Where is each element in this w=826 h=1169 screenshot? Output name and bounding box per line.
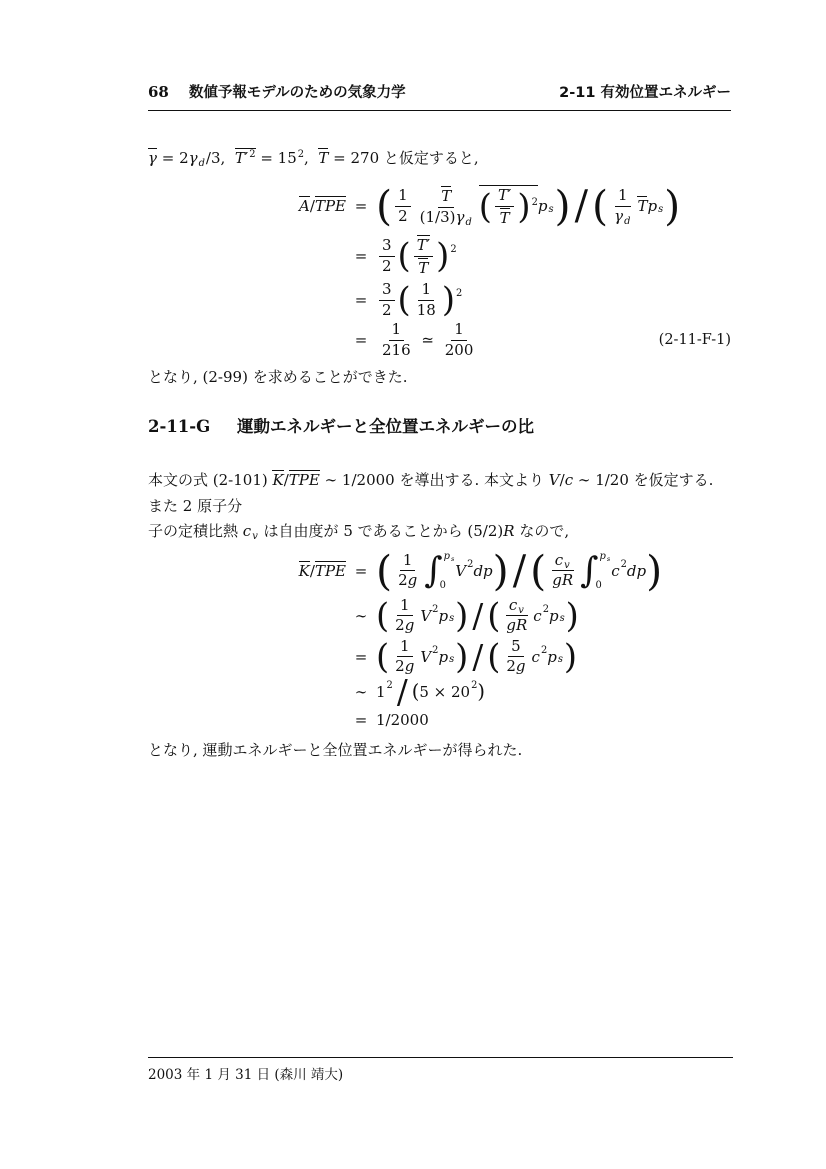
math-token: gR [549,571,576,589]
math-token: T′T [411,235,436,277]
math-token: T [417,236,427,254]
math-token: 2 [467,559,473,570]
math-token: 3 [382,236,392,254]
math-token: s [548,204,553,215]
math-token: TPE [315,196,346,215]
math-token: = 15 [256,149,297,167]
equation-rhs: (12gV2ps)/(cvgRc2ps) [376,597,579,635]
math-token: s [449,613,454,624]
page-footer: 2003 年 1 月 31 日 (森川 靖大) [148,1057,733,1084]
math-token: T′2 [235,148,256,167]
math-token: /3, [206,149,235,167]
math-token: v [252,531,258,542]
math-token: ps [444,551,456,562]
math-token: T(1/3)γd [417,186,476,226]
math-token: 子の定積比熱 [148,522,243,540]
math-token: T [318,149,328,167]
math-token: c [509,596,517,614]
math-token: cvgR∫ps0c2dp [546,551,646,591]
math-token: 1 [395,187,411,206]
equation-row: ∼ (12gV2ps)/(cvgRc2ps) [148,595,731,637]
math-token: 2 [398,571,408,589]
math-token: = 270 と仮定すると, [328,149,478,167]
math-token: (cvgR∫ps0c2dp) [530,551,662,591]
equation-rhs: (12T(1/3)γd(T′T)2ps)/(1γdTps) [376,185,680,227]
book-title: 数値予報モデルのための気象力学 [189,85,406,102]
math-token: 1γd [611,187,634,225]
math-token: cvgR [503,597,530,635]
assumption-line: γ = 2γd/3, T′2 = 152, T = 270 と仮定すると, [148,147,731,172]
math-token: 2 [379,301,395,319]
relation-symbol: = [346,197,376,215]
math-token: T′ [417,235,430,254]
math-token: 2 [541,645,547,656]
math-token: K [272,471,283,489]
math-token: v [564,560,570,571]
math-token: s [607,555,610,563]
math-token: K [299,561,310,580]
equation-rhs: (12g∫ps0V2dp)/(cvgR∫ps0c2dp) [376,551,662,591]
equation-row: = 32(T′T)2 [148,234,731,278]
math-token: p [547,648,557,666]
relation-symbol: = [346,648,376,666]
math-token: (T′T)2 [479,185,538,227]
result-sentence-1: となり, (2-99) を求めることができた. [148,366,731,388]
math-token: 1 [418,281,434,300]
math-token: 12g [395,552,420,590]
math-token: 2 [532,197,538,208]
page-number: 68 [148,84,169,101]
math-token: c [533,607,541,625]
math-token: p [438,607,448,625]
math-token: gR [503,616,530,634]
math-token: v [564,560,570,571]
math-token: R [503,522,514,540]
math-token: ps0 [597,551,609,591]
math-token: s [449,654,454,665]
math-token: s [607,555,610,563]
math-token: 2 [621,559,627,570]
math-token: 2 [450,244,456,255]
math-token: ′ [508,186,511,204]
equation-number: (2-11-F-1) [659,332,731,348]
math-token: dp [627,562,646,580]
math-token: 12g [392,597,417,635]
math-token: p [647,197,657,215]
document-page: 68 数値予報モデルのための気象力学 2-11 有効位置エネルギー γ = 2γ… [0,0,826,1169]
math-token: d [465,217,471,228]
math-token: 2 [382,301,392,319]
math-token: c [532,648,540,666]
math-token: p [444,551,450,562]
math-token: g [405,616,415,634]
math-token: (12g∫ps0V2dp) [376,551,509,591]
math-token: (T′T) [398,235,450,277]
math-token: T [441,186,451,205]
math-token: 2 [387,680,393,691]
equation-block-a-tpe: A/TPE = (12T(1/3)γd(T′T)2ps)/(1γdTps) = … [148,178,731,358]
math-token: d [199,153,205,175]
math-token: (T′T) [479,187,531,227]
math-token: 2 [471,680,477,691]
math-token: 0 [440,580,446,591]
math-token: c [565,471,573,489]
math-token: は自由度が 5 であることから (5/2) [259,522,503,540]
equation-block-k-tpe: K/TPE = (12g∫ps0V2dp)/(cvgR∫ps0c2dp) ∼ (… [148,547,731,733]
math-token: γ [148,148,157,167]
math-token: TPE [289,470,320,489]
math-token: 0 [596,580,602,591]
math-token: 2 [249,149,255,160]
math-token: p [538,197,548,215]
math-token: T [497,207,513,227]
math-token: 2g [392,616,417,634]
math-token: (5 × 202) [412,683,485,701]
equation-rhs: (12gV2ps)/(52gc2ps) [376,638,577,676]
math-token: 2 [379,257,395,275]
math-token: 2 [432,604,438,615]
math-token: 200 [445,341,474,359]
math-token: γ [614,207,623,225]
math-token: 0 [596,580,608,591]
math-token: 2 [471,680,477,691]
math-token: s [560,613,565,624]
math-token: ps [600,551,612,562]
math-token: 12gV2ps [389,597,455,635]
relation-symbol: = [346,331,376,349]
math-token: d [624,216,630,227]
footer-date-author: 2003 年 1 月 31 日 (森川 靖大) [148,1067,343,1083]
math-token: 1 [400,552,416,571]
math-token: V [420,607,431,625]
math-token: 5 [511,637,521,655]
math-token: 12g∫ps0V2dp [392,551,493,591]
math-token: (12T(1/3)γd(T′T)2ps) [376,185,571,227]
math-token: 12g [392,638,417,676]
math-token: 1216 [379,321,414,359]
equation-rhs: 32(118)2 [376,281,462,319]
math-token: 1 [376,683,386,701]
math-token: V [549,471,560,489]
section-running-title: 2-11 有効位置エネルギー [559,85,731,102]
equation-lhs: A/TPE [148,196,346,215]
math-token: 1/2000 [376,711,429,729]
math-token: s [658,204,663,215]
math-token: γ [148,149,157,167]
math-token: c [555,551,563,569]
math-token: 2 [532,197,538,208]
math-token: s [449,613,454,624]
math-token: 1 [389,321,405,340]
relation-symbol: = [346,247,376,265]
math-token: v [518,605,524,616]
page-header: 68 数値予報モデルのための気象力学 2-11 有効位置エネルギー [148,84,731,111]
math-token: T′T [495,187,514,227]
math-token: 2g [503,657,528,675]
math-token: ∫ps0 [424,551,452,591]
math-token: γ [189,149,198,167]
math-token: A [299,197,310,215]
equation-rhs: 1216 ≃ 1200 [376,321,479,359]
math-token: cv [552,552,574,571]
math-token: 1 [400,596,410,614]
math-token: 2 [382,257,392,275]
math-token: TPE [315,562,346,580]
math-token: TPE [315,561,346,580]
math-token: ∼ 1/2000 を導出する. 本文より [320,471,549,489]
math-token: 52g [503,638,528,676]
math-token: A [299,196,310,215]
relation-symbol: = [346,291,376,309]
math-token: (1/3)γd [417,208,476,226]
math-token: d [199,158,205,169]
math-token: 12gV2ps [389,638,455,676]
equation-row: = 1/2000 [148,707,731,733]
math-token: 118 [411,281,442,319]
math-token: cv [506,597,528,616]
math-token: 3 [379,281,395,300]
math-token: 5 × 20 [419,683,470,701]
math-token: ′ [245,149,248,167]
math-token: 1200 [442,321,477,359]
math-token: 2 [543,604,549,615]
equation-row: = 1216 ≃ 1200 (2-11-F-1) [148,322,731,358]
math-token: 2 [621,559,627,570]
math-token: T [500,209,510,227]
math-token: T [438,186,454,207]
math-token: , [304,149,318,167]
math-token: 3 [379,237,395,256]
math-token: 12T(1/3)γd(T′T)2ps [392,185,554,227]
math-token: 2 [432,645,438,656]
math-token: ∫ps0 [580,551,608,591]
math-token: 2 [456,288,462,299]
math-token: s [558,654,563,665]
math-token: = 2 [157,149,189,167]
math-token: 2 [541,645,547,656]
math-token: V [420,648,431,666]
math-token: 2 [450,244,456,255]
math-token: s [451,555,454,563]
math-token: 2 [398,207,408,225]
math-token: 2 [506,657,516,675]
paragraph-line-2: 子の定積比熱 cv は自由度が 5 であることから (5/2)R なので, [148,519,731,547]
math-token: K [299,562,310,580]
math-token: cvgR [549,552,576,590]
math-token: なので, [515,522,570,540]
math-token: 2 [432,645,438,656]
math-token: 1 [392,320,402,338]
math-token: 2 [456,288,462,299]
math-token: 1γdTps [608,187,664,225]
math-token: c [243,522,251,540]
equation-row: A/TPE = (12T(1/3)γd(T′T)2ps)/(1γdTps) [148,178,731,234]
math-token: 5 [508,638,524,657]
math-token: 3 [382,280,392,298]
equation-row: K/TPE = (12g∫ps0V2dp)/(cvgR∫ps0c2dp) [148,547,731,595]
math-token: T [498,186,508,204]
math-token: T′T [414,235,433,277]
math-token: 18 [414,301,439,319]
math-token: s [451,555,454,563]
math-token: 118 [414,281,439,319]
math-token: v [518,605,524,616]
equation-rhs: 1/2000 [376,711,429,729]
section-heading: 2-11-G 運動エネルギーと全位置エネルギーの比 [148,416,731,437]
relation-symbol: ∼ [346,683,376,701]
math-token: 2 [249,149,255,160]
relation-symbol: = [346,562,376,580]
math-token: 本文の式 (2-101) [148,471,272,489]
math-token: (118) [398,281,455,319]
math-token: s [658,204,663,215]
math-token: (52gc2ps) [487,638,577,676]
math-token: 2 [298,149,304,160]
math-token: 2 [387,680,393,691]
math-token: cvgRc2ps [500,597,565,635]
math-token: ≃ [417,331,439,349]
math-token: K [272,470,283,489]
math-token: 2 [467,559,473,570]
math-token: 1 [451,321,467,340]
math-token: T [500,208,510,227]
math-token: 2g [395,571,420,589]
math-token: s [449,654,454,665]
math-token: T [415,257,431,277]
math-token: 1 [397,597,413,616]
math-token: 52gc2ps [500,638,564,676]
math-token: T [235,149,245,167]
math-token: ′ [427,236,430,254]
math-token: d [465,217,471,228]
math-token: (cvgRc2ps) [487,597,579,635]
math-token: gR [552,571,573,589]
math-token: g [408,571,418,589]
math-token: 1 [615,187,631,206]
math-token: 2 [298,144,304,166]
math-token: V [455,562,466,580]
math-token: p [600,551,606,562]
math-token: T [637,196,647,215]
math-token: v [252,524,258,550]
math-token: 5 × 202 [419,683,477,701]
math-token: T [318,148,328,167]
math-token: (12gV2ps) [376,597,468,635]
math-token: 1 [618,186,628,204]
math-token: 32 [379,237,395,275]
math-token: (1/3) [420,208,456,226]
math-token: 18 [417,301,436,319]
math-token: T [418,258,428,277]
math-token: T [637,197,647,215]
math-token: 216 [379,341,414,359]
result-sentence-2: となり, 運動エネルギーと全位置エネルギーが得られた. [148,739,731,761]
equation-lhs: K/TPE [148,561,346,580]
math-token: 2 [395,207,411,225]
math-token: 1 [403,551,413,569]
math-token: p [438,648,448,666]
math-token: γ [456,208,465,226]
math-token: 32 [379,281,395,319]
math-token: 1 [421,280,431,298]
math-token: (12gV2ps) [376,638,468,676]
equation-row: = (12gV2ps)/(52gc2ps) [148,637,731,677]
paragraph-line-1: 本文の式 (2-101) K/TPE ∼ 1/2000 を導出する. 本文より … [148,468,731,519]
math-token: 1 [398,186,408,204]
section-title: 運動エネルギーと全位置エネルギーの比 [237,416,534,437]
math-token: c [611,562,619,580]
math-token: d [624,216,630,227]
math-token: s [558,654,563,665]
math-token: T [418,259,428,277]
math-token: 0 [440,580,452,591]
math-token: 2 [432,604,438,615]
math-token: 2 [543,604,549,615]
math-token: s [548,204,553,215]
relation-symbol: = [346,711,376,729]
math-token: T′ [495,187,514,206]
math-token: T′T [492,187,517,227]
equation-row: = 32(118)2 [148,278,731,322]
math-token: T [441,187,451,205]
math-token: T′ [414,235,433,256]
math-token: g [516,657,526,675]
math-token: dp [473,562,492,580]
math-token: 1 [397,638,413,657]
equation-rhs: 12/(5 × 202) [376,683,485,701]
math-token: 1 [454,320,464,338]
math-token: (1γdTps) [592,187,680,225]
relation-symbol: ∼ [346,607,376,625]
body-paragraph: 本文の式 (2-101) K/TPE ∼ 1/2000 を導出する. 本文より … [148,468,731,547]
math-token: 2 [395,616,405,634]
math-token: TPE [289,471,320,489]
equation-rhs: 32(T′T)2 [376,235,457,277]
math-token: 1 [400,637,410,655]
math-token: 12 [395,187,411,225]
math-token: s [560,613,565,624]
math-token: 200 [442,341,477,359]
math-token: 216 [382,341,411,359]
equation-row: ∼ 12/(5 × 202) [148,677,731,707]
math-token: ps0 [441,551,453,591]
math-token: p [549,607,559,625]
math-token: TPE [315,197,346,215]
math-token: gR [506,616,527,634]
section-number: 2-11-G [148,416,237,437]
math-token: γd [611,207,634,225]
